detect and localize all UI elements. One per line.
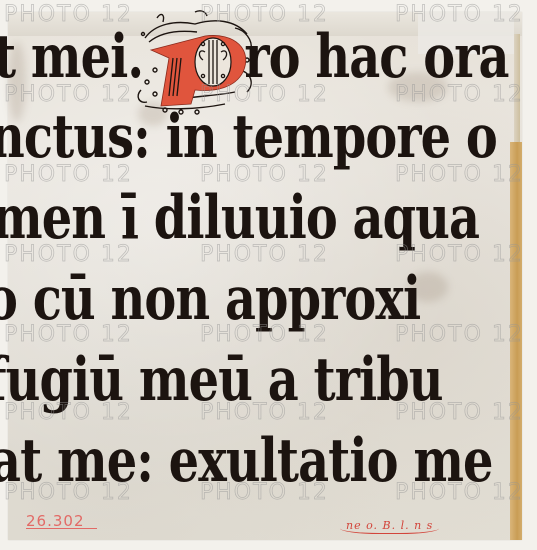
right-edge-upper	[514, 34, 520, 144]
collection-stamp: ne o. B. l. n s	[340, 520, 439, 534]
manuscript-line-5: fugiū meū a tribu	[0, 345, 443, 415]
manuscript-line-4: o cū non approxi	[0, 264, 420, 334]
right-edge-ochre-strip	[510, 142, 522, 540]
decorated-initial-p-icon	[135, 10, 260, 115]
line-1-after-initial: ro hac ora	[244, 22, 508, 92]
accession-number: 26.302	[26, 514, 97, 529]
manuscript-line-6: at me: exultatio me	[0, 426, 493, 496]
line-1-before-initial: t mei.	[0, 22, 143, 92]
manuscript-line-3: men ī diluuio aqua	[0, 183, 479, 253]
photo-frame: t mei.ro hac ora nctus: in tempore o men…	[0, 0, 537, 550]
